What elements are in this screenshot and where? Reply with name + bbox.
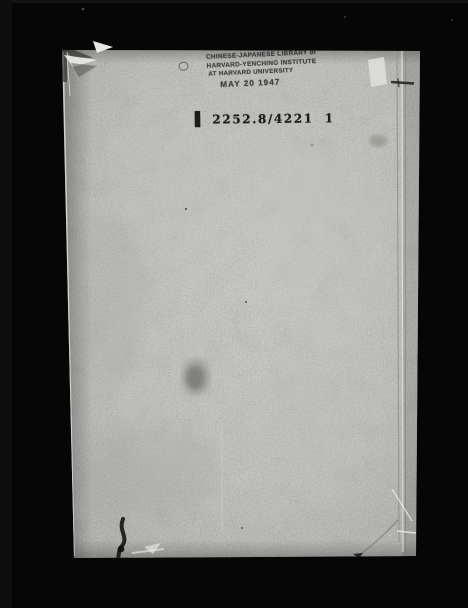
call-number-left-mark: ▌ <box>195 114 206 127</box>
call-number: ▌ 2252.8/4221 1 <box>195 111 333 126</box>
scanned-page <box>0 0 468 608</box>
call-number-value: 2252.8/4221 <box>212 111 313 126</box>
tape-patch <box>368 57 387 87</box>
library-stamp: CHINESE-JAPANESE LIBRARY of HARVARD-YENC… <box>178 48 331 90</box>
scan-background: CHINESE-JAPANESE LIBRARY of HARVARD-YENC… <box>0 0 468 608</box>
stamp-ring-mark <box>178 62 188 71</box>
call-number-right-mark: 1 <box>325 111 334 125</box>
